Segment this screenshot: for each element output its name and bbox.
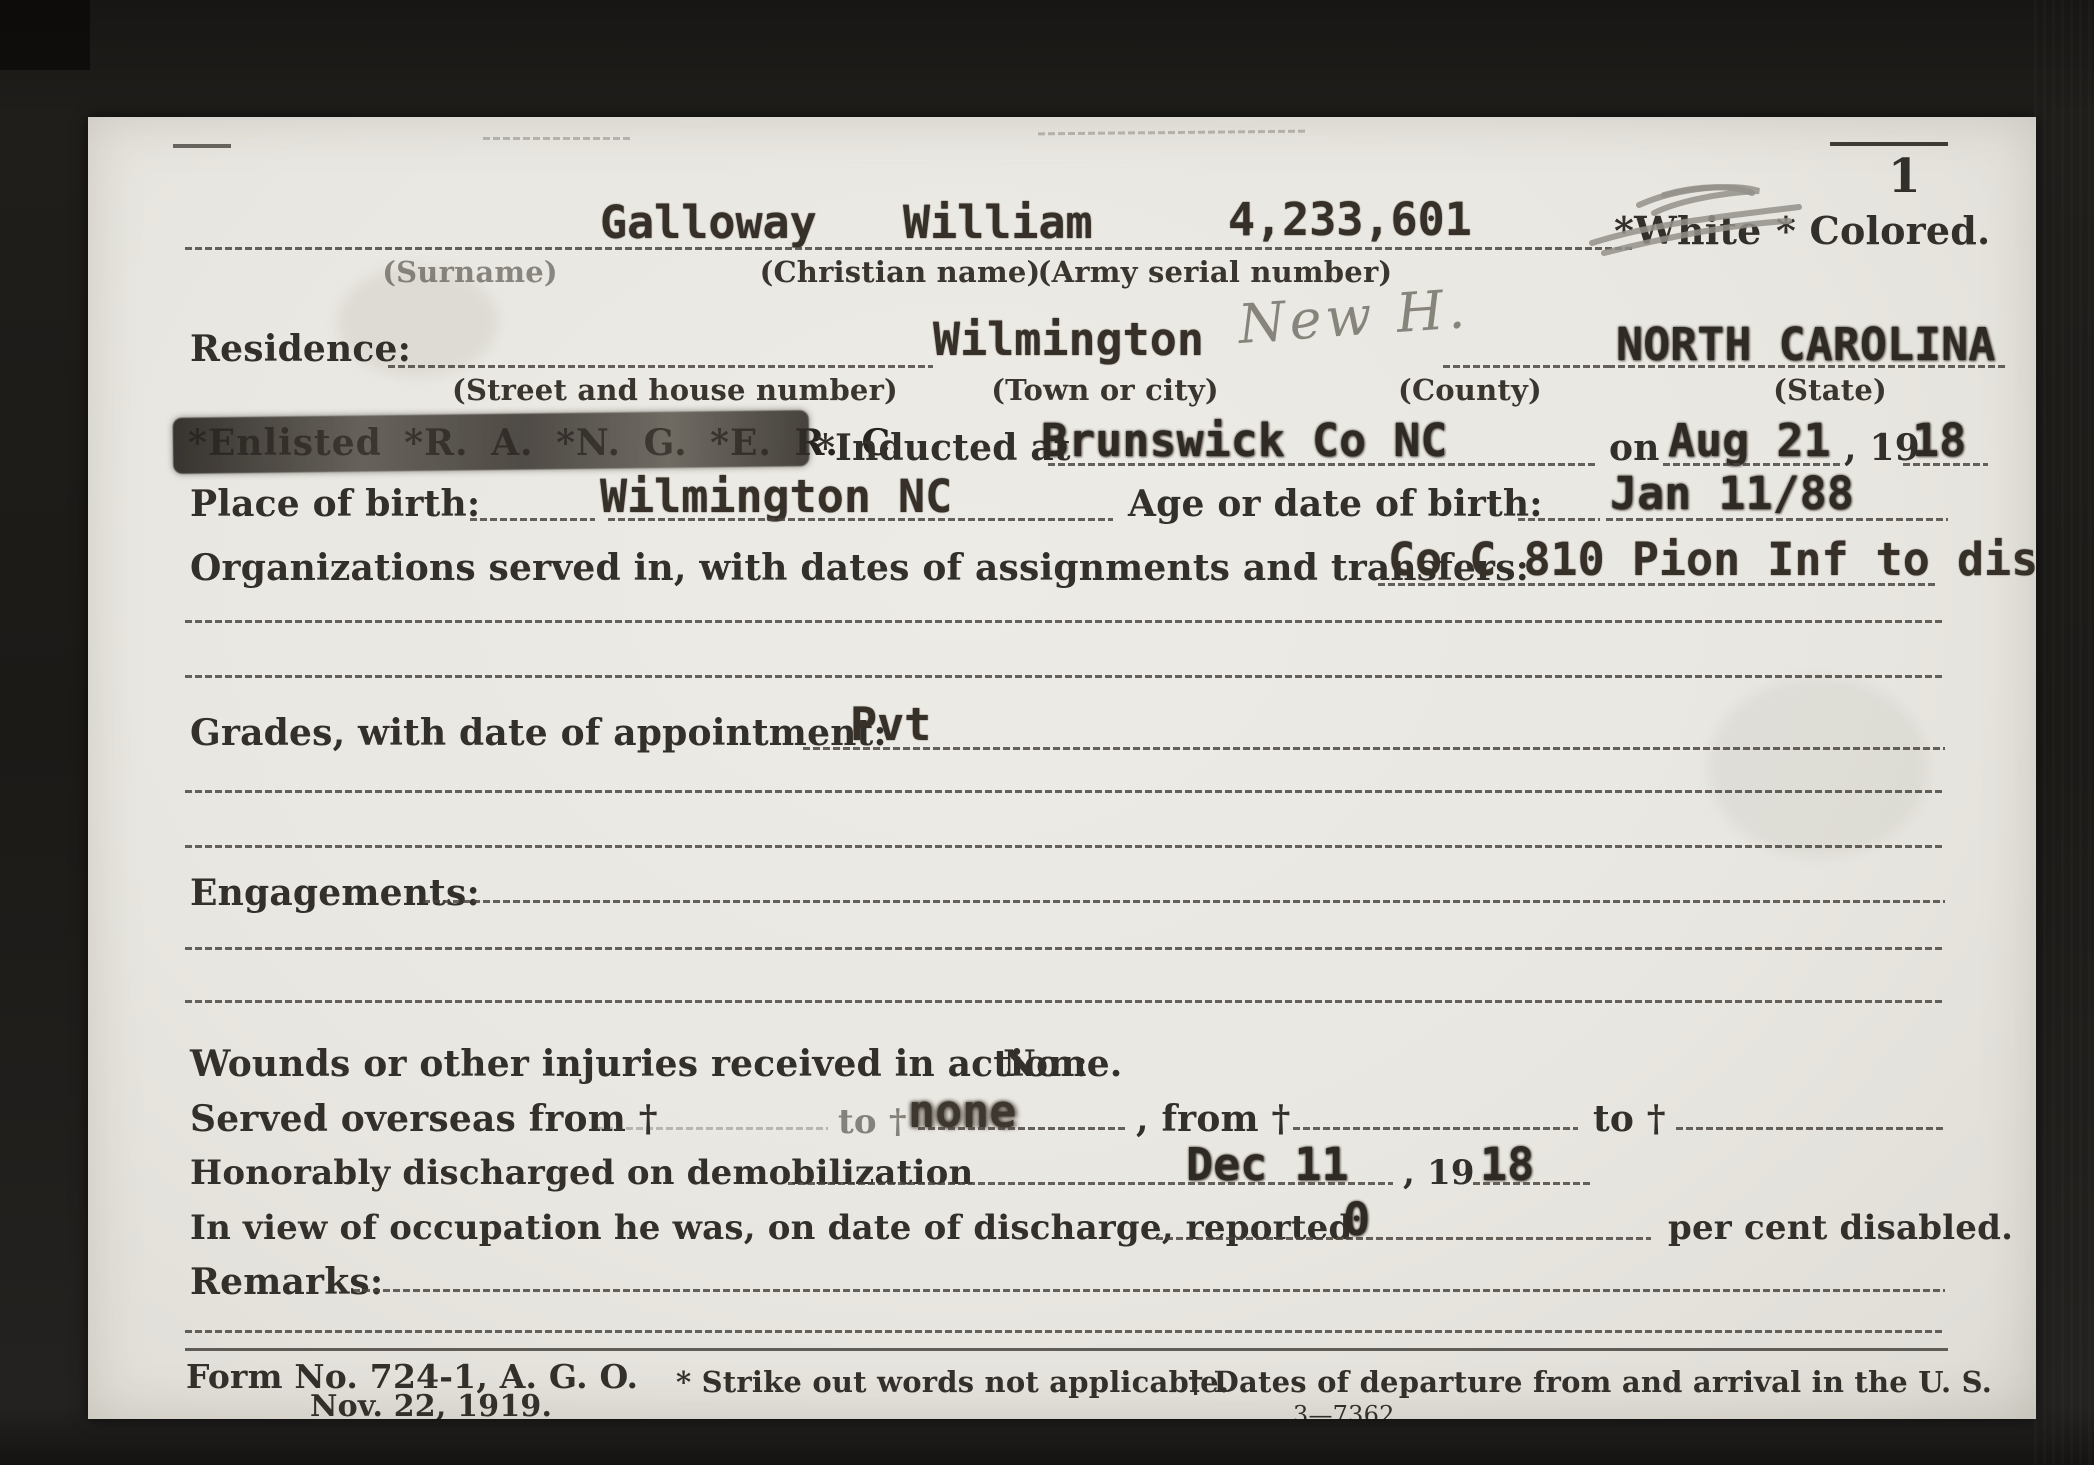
- organizations-value: Co C 810 Pion Inf to disch: [1388, 537, 2036, 582]
- top-smudge-left: [483, 137, 633, 140]
- organizations-label: Organizations served in, with dates of a…: [190, 549, 1529, 589]
- overseas-rule-d: [1676, 1127, 1944, 1130]
- footnote-strike: * Strike out words not applicable.: [676, 1367, 1229, 1399]
- footnote-dagger: † Dates of departure from and arrival in…: [1188, 1367, 1992, 1399]
- disability-rule: [1156, 1237, 1651, 1240]
- birth-place-label: Place of birth:: [190, 485, 480, 525]
- induction-year-typed: 18: [1912, 418, 1966, 463]
- form-date: Nov. 22, 1919.: [310, 1390, 552, 1419]
- christian-name-label: (Christian name): [760, 257, 1041, 289]
- serial-number-label: (Army serial number): [1038, 257, 1393, 289]
- inducted-at-label: *Inducted at: [816, 429, 1071, 469]
- residence-state-value: NORTH CAROLINA: [1616, 322, 1995, 367]
- overseas-to2-label: to †: [1593, 1100, 1666, 1140]
- disability-value: 0: [1343, 1197, 1370, 1242]
- birth-rule-b: [608, 518, 1113, 521]
- street-label: (Street and house number): [452, 375, 898, 407]
- page-number-rule: [1830, 142, 1948, 146]
- blank-rule: [185, 947, 1945, 950]
- surname-value: Galloway: [600, 200, 817, 245]
- blank-rule: [185, 1000, 1945, 1003]
- christian-name-value: William: [903, 200, 1093, 245]
- grades-label: Grades, with date of appointment:: [190, 714, 887, 754]
- birth-place-value: Wilmington NC: [600, 474, 952, 519]
- overseas-to1-label: to †: [838, 1104, 907, 1141]
- top-left-mark: [173, 144, 231, 148]
- residence-county-rule: [1443, 365, 1608, 368]
- town-label: (Town or city): [991, 375, 1219, 407]
- inducted-place-value: Brunswick Co NC: [1041, 418, 1447, 463]
- birth-rule-d: [1606, 518, 1948, 521]
- birth-age-label: Age or date of birth:: [1128, 485, 1543, 525]
- blank-rule: [185, 675, 1945, 678]
- overseas-from2-label: , from †: [1136, 1100, 1291, 1140]
- blank-rule: [185, 1330, 1945, 1333]
- induction-date-rule: [1663, 463, 1843, 466]
- print-code: 3—7362: [1293, 1402, 1395, 1419]
- remarks-rule: [353, 1289, 1945, 1292]
- county-label: (County): [1398, 375, 1542, 407]
- discharge-year-typed: 18: [1480, 1142, 1534, 1187]
- residence-label: Residence:: [190, 330, 411, 370]
- scanned-card: 1 Galloway William 4,233,601 *White * Co…: [0, 0, 2094, 1465]
- page-number: 1: [1888, 151, 1921, 203]
- birth-rule-a: [470, 518, 595, 521]
- blank-rule: [185, 790, 1945, 793]
- residence-town-value: Wilmington: [933, 317, 1204, 362]
- overseas-rule-a: [596, 1127, 828, 1130]
- overseas-rule-b: [918, 1127, 1128, 1130]
- residence-street-rule: [388, 365, 933, 368]
- grades-rule: [803, 747, 1945, 750]
- top-smudge-center: [1038, 130, 1308, 136]
- struck-enlistment-options: *Enlisted *R. A. *N. G. *E. R. C.: [185, 422, 795, 466]
- overseas-label: Served overseas from †: [190, 1100, 658, 1140]
- inducted-place-rule: [1048, 463, 1598, 466]
- discharge-rule-b: [1473, 1182, 1591, 1185]
- induction-year-rule: [1903, 463, 1988, 466]
- wounds-label: Wounds or other injuries received in act…: [190, 1045, 1088, 1085]
- grades-value: Pvt: [850, 702, 931, 747]
- inducted-on-label: on: [1609, 429, 1660, 469]
- induction-date-value: Aug 21: [1668, 418, 1831, 463]
- footer-separator: [185, 1348, 1948, 1351]
- disability-label: In view of occupation he was, on date of…: [190, 1210, 1352, 1247]
- birth-rule-c: [1518, 518, 1600, 521]
- paper-stain: [1708, 677, 1928, 857]
- discharge-year-printed: , 19: [1403, 1155, 1475, 1192]
- card-paper: 1 Galloway William 4,233,601 *White * Co…: [88, 117, 2036, 1419]
- organizations-rule: [1378, 583, 1938, 586]
- engagements-rule: [423, 900, 1945, 903]
- remarks-label: Remarks:: [190, 1263, 383, 1303]
- surname-label: (Surname): [382, 257, 558, 289]
- state-label: (State): [1773, 375, 1887, 407]
- blank-rule: [185, 845, 1945, 848]
- engagements-label: Engagements:: [190, 874, 480, 914]
- serial-number-value: 4,233,601: [1228, 197, 1472, 242]
- discharge-date-value: Dec 11: [1186, 1142, 1349, 1187]
- overseas-rule-c: [1293, 1127, 1578, 1130]
- residence-state-rule: [1608, 365, 2008, 368]
- ink-smear-strikeout: [173, 410, 810, 474]
- blank-rule: [185, 620, 1945, 623]
- birth-age-value: Jan 11/88: [1610, 471, 1854, 516]
- wounds-value: None.: [1003, 1045, 1123, 1085]
- discharge-label: Honorably discharged on demobilization: [190, 1155, 973, 1192]
- disability-suffix: per cent disabled.: [1668, 1210, 2013, 1247]
- name-row-rule: [185, 247, 1635, 250]
- pencil-strike-white: [1584, 165, 1814, 260]
